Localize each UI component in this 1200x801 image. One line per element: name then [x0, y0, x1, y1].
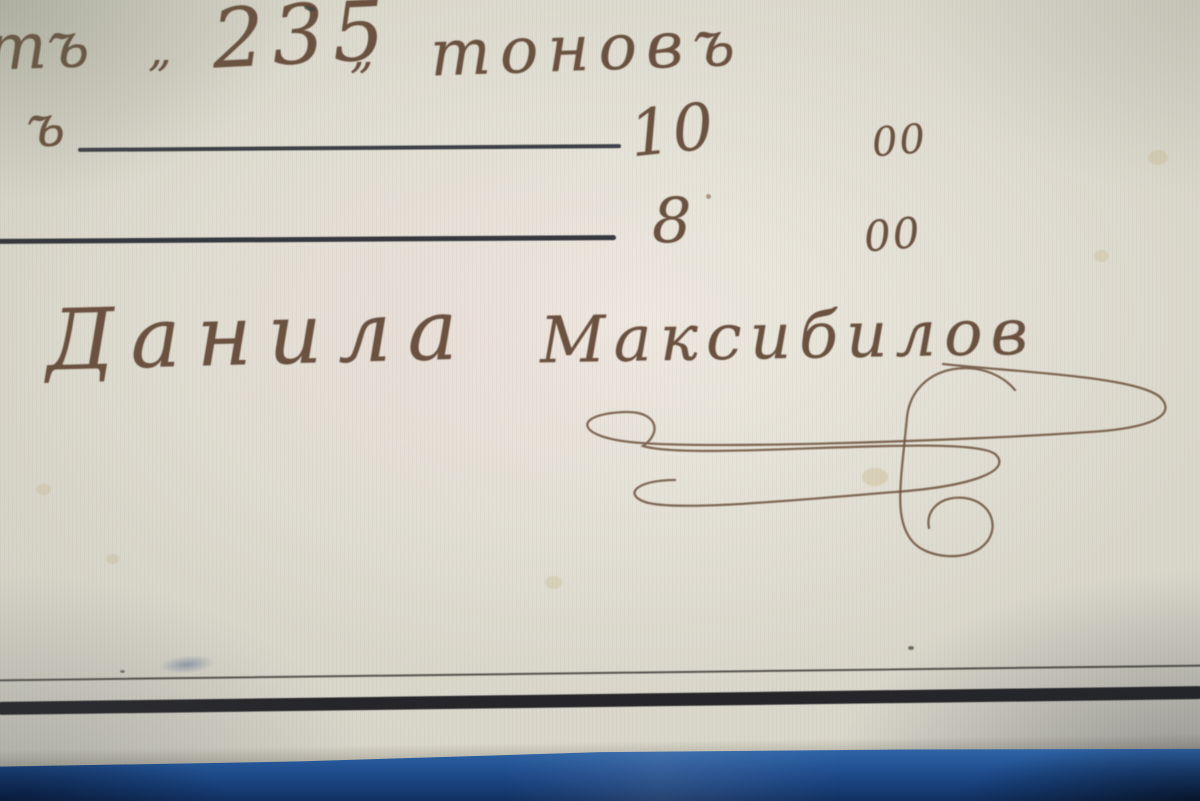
- ledger-rule-2: [0, 235, 616, 244]
- paper-stain: [1094, 250, 1109, 262]
- row2-amount: 8: [652, 184, 691, 257]
- document-photo: тъ „ 235 „ тоновъ ъ 10 00 8 00 Данила Ма…: [0, 0, 1200, 801]
- paper-stain: [36, 484, 51, 495]
- ink-smudge: [159, 654, 214, 676]
- handwritten-document: тъ „ 235 „ тоновъ ъ 10 00 8 00 Данила Ма…: [0, 0, 1200, 801]
- ledger-rule-1: [78, 144, 621, 152]
- paper-stain: [1148, 150, 1168, 165]
- row1-fraction: 00: [870, 116, 929, 167]
- paper-stain: [106, 554, 119, 564]
- line1-open-quote: „: [148, 22, 172, 76]
- line1-unit-word: тоновъ: [429, 7, 745, 92]
- paper-speck: [120, 670, 125, 673]
- row2-fraction: 00: [862, 208, 924, 262]
- line1-word-fragment: тъ: [0, 8, 91, 86]
- paper-speck: [908, 646, 914, 650]
- row1-amount: 10: [626, 90, 719, 173]
- paper-speck: [706, 194, 711, 199]
- signature-flourish: [545, 362, 1190, 597]
- signature-given-name: Данила: [45, 280, 475, 389]
- footer-thick-rule: [0, 686, 1200, 715]
- row1-word-fragment: ъ: [24, 91, 67, 162]
- line1-close-quote: „: [350, 24, 374, 78]
